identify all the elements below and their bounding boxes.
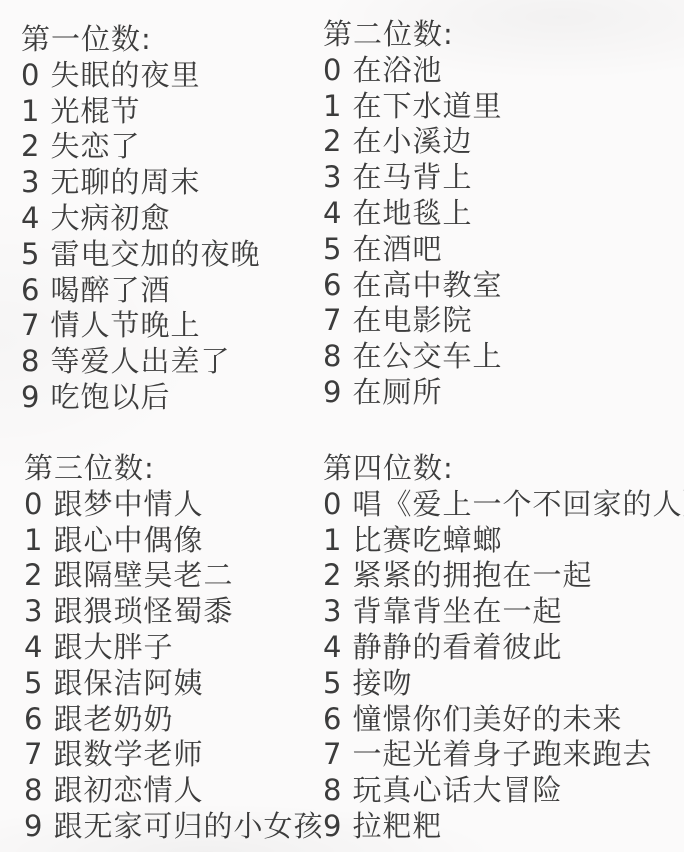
list-item: 0 跟梦中情人 [24,487,323,523]
item-text: 跟无家可归的小女孩 [53,809,323,845]
item-digit: 3 [323,160,341,196]
item-digit: 7 [24,737,42,773]
item-text: 跟保洁阿姨 [53,666,203,702]
item-text: 在地毯上 [352,196,472,232]
list-item: 1 比赛吃蟑螂 [323,523,684,559]
item-digit: 3 [24,594,42,630]
list-item: 8 在公交车上 [323,339,502,375]
item-digit: 8 [21,344,39,380]
section-list: 0 唱《爱上一个不回家的人》 1 比赛吃蟑螂 2 紧紧的拥抱在一起 3 背靠背坐… [323,487,684,845]
list-item: 3 背靠背坐在一起 [323,594,684,630]
list-item: 7 一起光着身子跑来跑去 [323,737,684,773]
list-item: 9 拉粑粑 [323,809,684,845]
item-digit: 2 [21,129,39,165]
item-text: 跟心中偶像 [53,523,203,559]
item-text: 在电影院 [352,303,472,339]
item-digit: 6 [21,273,39,309]
item-text: 玩真心话大冒险 [352,773,562,809]
item-text: 情人节晚上 [50,308,200,344]
list-item: 6 喝醉了酒 [21,273,260,309]
list-item: 4 静静的看着彼此 [323,630,684,666]
item-text: 一起光着身子跑来跑去 [352,737,652,773]
item-digit: 7 [323,303,341,339]
item-digit: 2 [24,558,42,594]
list-item: 8 等爱人出差了 [21,344,260,380]
item-digit: 2 [323,558,341,594]
item-digit: 3 [323,594,341,630]
item-text: 憧憬你们美好的未来 [352,702,622,738]
list-item: 7 在电影院 [323,303,502,339]
section-title: 第三位数: [24,451,323,487]
section-list: 0 跟梦中情人 1 跟心中偶像 2 跟隔壁吴老二 3 跟猥琐怪蜀黍 4 跟大胖子… [24,487,323,845]
item-digit: 4 [323,630,341,666]
list-item: 1 在下水道里 [323,89,502,125]
item-text: 跟初恋情人 [53,773,203,809]
item-text: 吃饱以后 [50,380,170,416]
section-title: 第一位数: [21,22,260,58]
item-text: 背靠背坐在一起 [352,594,562,630]
list-item: 0 失眠的夜里 [21,58,260,94]
item-text: 失眠的夜里 [50,58,200,94]
list-item: 2 紧紧的拥抱在一起 [323,558,684,594]
item-digit: 6 [24,702,42,738]
list-item: 8 玩真心话大冒险 [323,773,684,809]
section-list: 0 失眠的夜里 1 光棍节 2 失恋了 3 无聊的周末 4 大病初愈 5 雷电交… [21,58,260,416]
list-item: 3 跟猥琐怪蜀黍 [24,594,323,630]
item-digit: 8 [323,339,341,375]
list-item: 0 在浴池 [323,53,502,89]
item-text: 在厕所 [352,375,442,411]
list-item: 4 大病初愈 [21,201,260,237]
list-item: 9 在厕所 [323,375,502,411]
list-item: 5 雷电交加的夜晚 [21,237,260,273]
section-list: 0 在浴池 1 在下水道里 2 在小溪边 3 在马背上 4 在地毯上 5 在酒吧 [323,53,502,411]
item-text: 在马背上 [352,160,472,196]
page: 第一位数: 0 失眠的夜里 1 光棍节 2 失恋了 3 无聊的周末 4 大病初愈 [0,0,684,852]
item-digit: 2 [323,124,341,160]
item-text: 唱《爱上一个不回家的人》 [352,487,684,523]
item-text: 比赛吃蟑螂 [352,523,502,559]
item-text: 紧紧的拥抱在一起 [352,558,592,594]
item-text: 喝醉了酒 [50,273,170,309]
list-item: 1 跟心中偶像 [24,523,323,559]
list-item: 1 光棍节 [21,94,260,130]
item-text: 跟大胖子 [53,630,173,666]
list-item: 9 跟无家可归的小女孩 [24,809,323,845]
item-text: 失恋了 [50,129,140,165]
list-item: 9 吃饱以后 [21,380,260,416]
section-second-digit: 第二位数: 0 在浴池 1 在下水道里 2 在小溪边 3 在马背上 4 在地毯上 [323,17,502,411]
item-text: 大病初愈 [50,201,170,237]
item-text: 接吻 [352,666,412,702]
section-fourth-digit: 第四位数: 0 唱《爱上一个不回家的人》 1 比赛吃蟑螂 2 紧紧的拥抱在一起 … [323,451,684,845]
item-text: 跟梦中情人 [53,487,203,523]
item-digit: 5 [21,237,39,273]
item-digit: 6 [323,268,341,304]
list-item: 5 在酒吧 [323,232,502,268]
item-text: 在浴池 [352,53,442,89]
item-text: 光棍节 [50,94,140,130]
list-item: 7 跟数学老师 [24,737,323,773]
list-item: 2 跟隔壁吴老二 [24,558,323,594]
item-digit: 8 [24,773,42,809]
item-digit: 9 [323,375,341,411]
list-item: 2 在小溪边 [323,124,502,160]
item-digit: 1 [323,89,341,125]
item-text: 拉粑粑 [352,809,442,845]
list-item: 8 跟初恋情人 [24,773,323,809]
item-text: 静静的看着彼此 [352,630,562,666]
item-digit: 0 [24,487,42,523]
item-digit: 1 [24,523,42,559]
item-text: 等爱人出差了 [50,344,230,380]
item-digit: 1 [323,523,341,559]
item-text: 在高中教室 [352,268,502,304]
item-digit: 7 [21,308,39,344]
item-digit: 9 [24,809,42,845]
item-text: 雷电交加的夜晚 [50,237,260,273]
item-digit: 7 [323,737,341,773]
item-digit: 9 [323,809,341,845]
item-digit: 4 [24,630,42,666]
item-digit: 5 [24,666,42,702]
section-third-digit: 第三位数: 0 跟梦中情人 1 跟心中偶像 2 跟隔壁吴老二 3 跟猥琐怪蜀黍 … [24,451,323,845]
list-item: 6 跟老奶奶 [24,702,323,738]
list-item: 4 跟大胖子 [24,630,323,666]
item-text: 在酒吧 [352,232,442,268]
item-digit: 1 [21,94,39,130]
item-text: 跟数学老师 [53,737,203,773]
item-text: 无聊的周末 [50,165,200,201]
list-item: 2 失恋了 [21,129,260,165]
item-text: 在下水道里 [352,89,502,125]
item-digit: 0 [323,487,341,523]
item-text: 跟猥琐怪蜀黍 [53,594,233,630]
item-digit: 4 [323,196,341,232]
list-item: 4 在地毯上 [323,196,502,232]
item-digit: 9 [21,380,39,416]
item-digit: 3 [21,165,39,201]
list-item: 6 憧憬你们美好的未来 [323,702,684,738]
item-digit: 0 [323,53,341,89]
item-digit: 4 [21,201,39,237]
list-item: 0 唱《爱上一个不回家的人》 [323,487,684,523]
list-item: 5 跟保洁阿姨 [24,666,323,702]
item-digit: 8 [323,773,341,809]
section-title: 第二位数: [323,17,502,53]
item-text: 在公交车上 [352,339,502,375]
item-digit: 6 [323,702,341,738]
item-text: 在小溪边 [352,124,472,160]
list-item: 6 在高中教室 [323,268,502,304]
list-item: 3 在马背上 [323,160,502,196]
list-item: 5 接吻 [323,666,684,702]
section-title: 第四位数: [323,451,684,487]
item-digit: 0 [21,58,39,94]
section-first-digit: 第一位数: 0 失眠的夜里 1 光棍节 2 失恋了 3 无聊的周末 4 大病初愈 [21,22,260,416]
item-digit: 5 [323,666,341,702]
item-text: 跟隔壁吴老二 [53,558,233,594]
item-text: 跟老奶奶 [53,702,173,738]
list-item: 3 无聊的周末 [21,165,260,201]
item-digit: 5 [323,232,341,268]
list-item: 7 情人节晚上 [21,308,260,344]
